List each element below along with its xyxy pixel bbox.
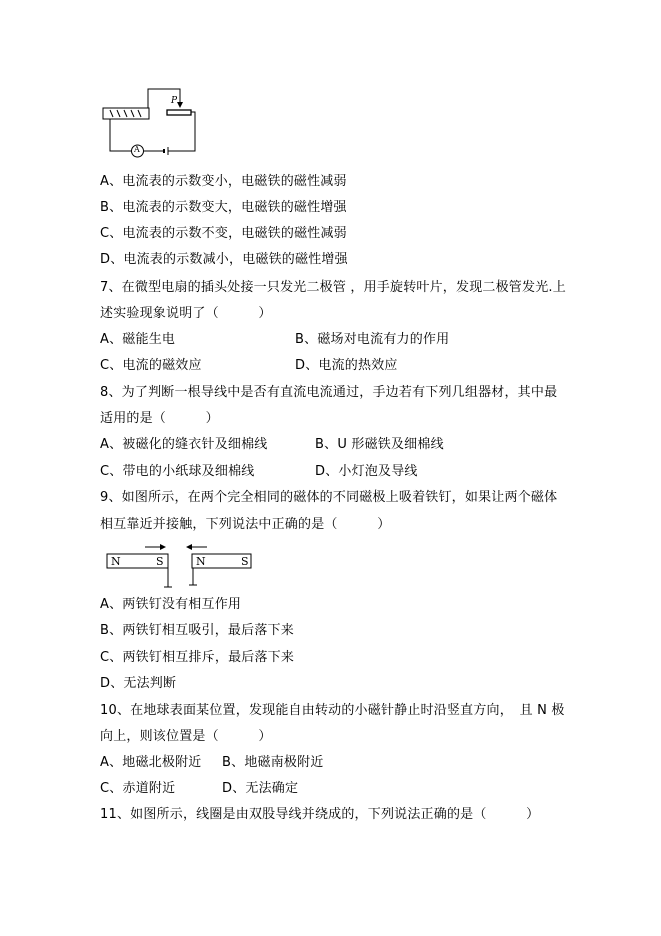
q8-option-c: C、带电的小纸球及细棉线 xyxy=(100,464,254,480)
q7-option-d: D、电流的热效应 xyxy=(295,358,398,374)
q8-stem-line1: 8、为了判断一根导线中是否有直流电流通过，手边若有下列几组器材，其中最 xyxy=(100,385,557,401)
q9-stem-line2: 相互靠近并接触，下列说法中正确的是（ ） xyxy=(100,517,390,533)
q9-option-a: A、两铁钉没有相互作用 xyxy=(100,597,241,613)
q7-option-a: A、磁能生电 xyxy=(100,332,175,348)
right-magnet-n-pole: N xyxy=(196,555,206,568)
right-magnet-s-pole: S xyxy=(241,555,249,568)
q7-option-c: C、电流的磁效应 xyxy=(100,358,202,374)
q8-stem-line2: 适用的是（ ） xyxy=(100,411,219,427)
q10-stem-line2: 向上，则该位置是（ ） xyxy=(100,729,272,745)
q10-option-b: B、地磁南极附近 xyxy=(222,755,324,771)
ammeter-label: A xyxy=(134,145,140,154)
q8-option-a: A、被磁化的缝衣针及细棉线 xyxy=(100,437,268,453)
q7-option-b: B、磁场对电流有力的作用 xyxy=(295,332,449,348)
q9-option-d: D、无法判断 xyxy=(100,676,176,692)
q6-option-a: A、电流表的示数变小，电磁铁的磁性减弱 xyxy=(100,174,347,190)
q10-option-a: A、地磁北极附近 xyxy=(100,755,202,771)
q9-stem-line1: 9、如图所示，在两个完全相同的磁体的不同磁极上吸着铁钉，如果让两个磁体 xyxy=(100,490,557,506)
q9-option-b: B、两铁钉相互吸引，最后落下来 xyxy=(100,623,294,639)
q11-stem-line1: 11、如图所示，线圈是由双股导线并绕成的，下列说法正确的是（ ） xyxy=(100,807,539,823)
q6-option-c: C、电流表的示数不变，电磁铁的磁性减弱 xyxy=(100,226,347,242)
q7-stem-line2: 述实验现象说明了（ ） xyxy=(100,306,272,322)
q8-option-d: D、小灯泡及导线 xyxy=(315,464,418,480)
circuit-diagram: P A xyxy=(100,86,200,158)
left-magnet-s-pole: S xyxy=(156,555,164,568)
magnets-diagram: N S N S xyxy=(100,540,260,590)
q9-option-c: C、两铁钉相互排斥，最后落下来 xyxy=(100,650,294,666)
left-magnet-n-pole: N xyxy=(111,555,121,568)
q10-option-c: C、赤道附近 xyxy=(100,781,175,797)
q6-option-d: D、电流表的示数减小，电磁铁的磁性增强 xyxy=(100,252,348,268)
slider-label: P xyxy=(171,96,177,106)
q6-option-b: B、电流表的示数变大，电磁铁的磁性增强 xyxy=(100,200,347,216)
q8-option-b: B、U 形磁铁及细棉线 xyxy=(315,437,444,453)
q7-stem-line1: 7、在微型电扇的插头处接一只发光二极管 ，用手旋转叶片，发现二极管发光.上 xyxy=(100,280,566,296)
q10-stem-line1: 10、在地球表面某位置，发现能自由转动的小磁针静止时沿竖直方向， 且 N 极 xyxy=(100,703,565,719)
q10-option-d: D、无法确定 xyxy=(222,781,298,797)
